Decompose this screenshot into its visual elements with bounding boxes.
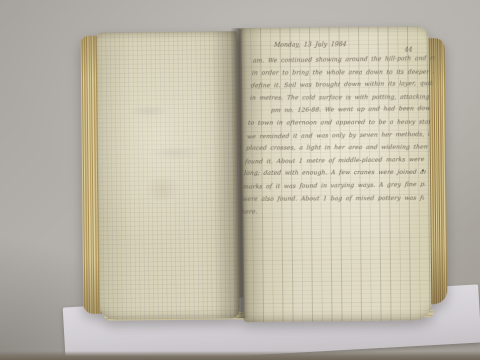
handwritten-entry: Monday, 13 July 1984 am. We continued sh… <box>241 38 437 219</box>
ink-speck <box>422 169 424 171</box>
journal-line: here. <box>241 204 424 219</box>
table-edge <box>0 351 480 360</box>
open-notebook: 44 Monday, 13 July 1984 am. We continued… <box>80 24 447 322</box>
page-number: 44 <box>405 46 413 53</box>
show-through-marks <box>121 87 212 208</box>
photo-scene: 44 Monday, 13 July 1984 am. We continued… <box>0 0 480 360</box>
